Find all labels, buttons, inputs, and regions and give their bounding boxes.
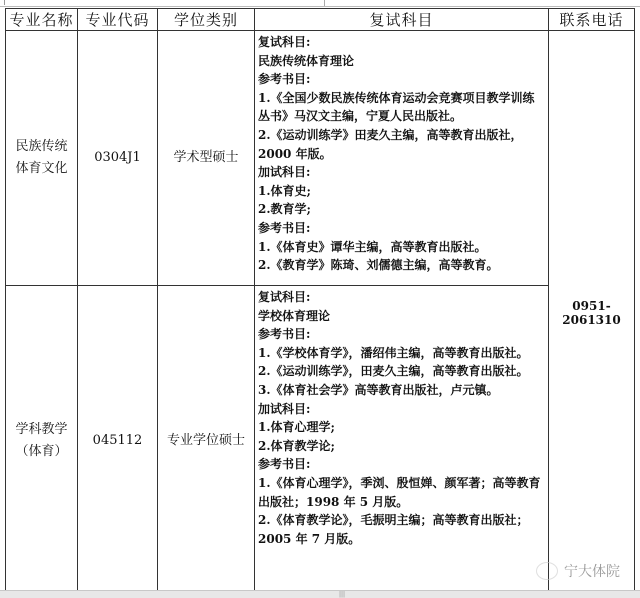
header-row: 专业名称 专业代码 学位类别 复试科目 联系电话 <box>6 9 635 31</box>
horizontal-scrollbar[interactable]: ||| <box>0 590 640 598</box>
header-major-code: 专业代码 <box>78 9 158 31</box>
watermark-text: 宁大体院 <box>564 561 620 581</box>
retest-subjects-cell: 复试科目: 学校体育理论 参考书目: 1.《学校体育学》，潘绍伟主编，高等教育出… <box>255 286 549 596</box>
major-code-cell: 0304J1 <box>78 31 158 286</box>
page-top-edge <box>0 0 640 7</box>
admissions-table: 专业名称 专业代码 学位类别 复试科目 联系电话 民族传统 体育文化 0304J… <box>5 8 635 596</box>
retest-subjects-cell: 复试科目: 民族传统体育理论 参考书目: 1.《全国少数民族传统体育运动会竞赛项… <box>255 31 549 286</box>
major-name-cell: 民族传统 体育文化 <box>6 31 78 286</box>
table-row: 民族传统 体育文化 0304J1 学术型硕士 复试科目: 民族传统体育理论 参考… <box>6 31 635 286</box>
table-row: 学科教学 （体育） 045112 专业学位硕士 复试科目: 学校体育理论 参考书… <box>6 286 635 596</box>
corner-marker <box>0 0 5 5</box>
major-code-cell: 045112 <box>78 286 158 596</box>
wechat-logo-icon <box>536 562 558 580</box>
header-degree-type: 学位类别 <box>158 9 255 31</box>
contact-phone-cell: 0951-2061310 <box>549 31 635 596</box>
ruler-tick <box>324 0 325 6</box>
degree-type-cell: 学术型硕士 <box>158 31 255 286</box>
watermark: 宁大体院 <box>536 561 620 581</box>
degree-type-cell: 专业学位硕士 <box>158 286 255 596</box>
scrollbar-grip-icon[interactable]: ||| <box>337 592 347 597</box>
major-name-cell: 学科教学 （体育） <box>6 286 78 596</box>
header-retest-subjects: 复试科目 <box>255 9 549 31</box>
header-major-name: 专业名称 <box>6 9 78 31</box>
header-contact-phone: 联系电话 <box>549 9 635 31</box>
